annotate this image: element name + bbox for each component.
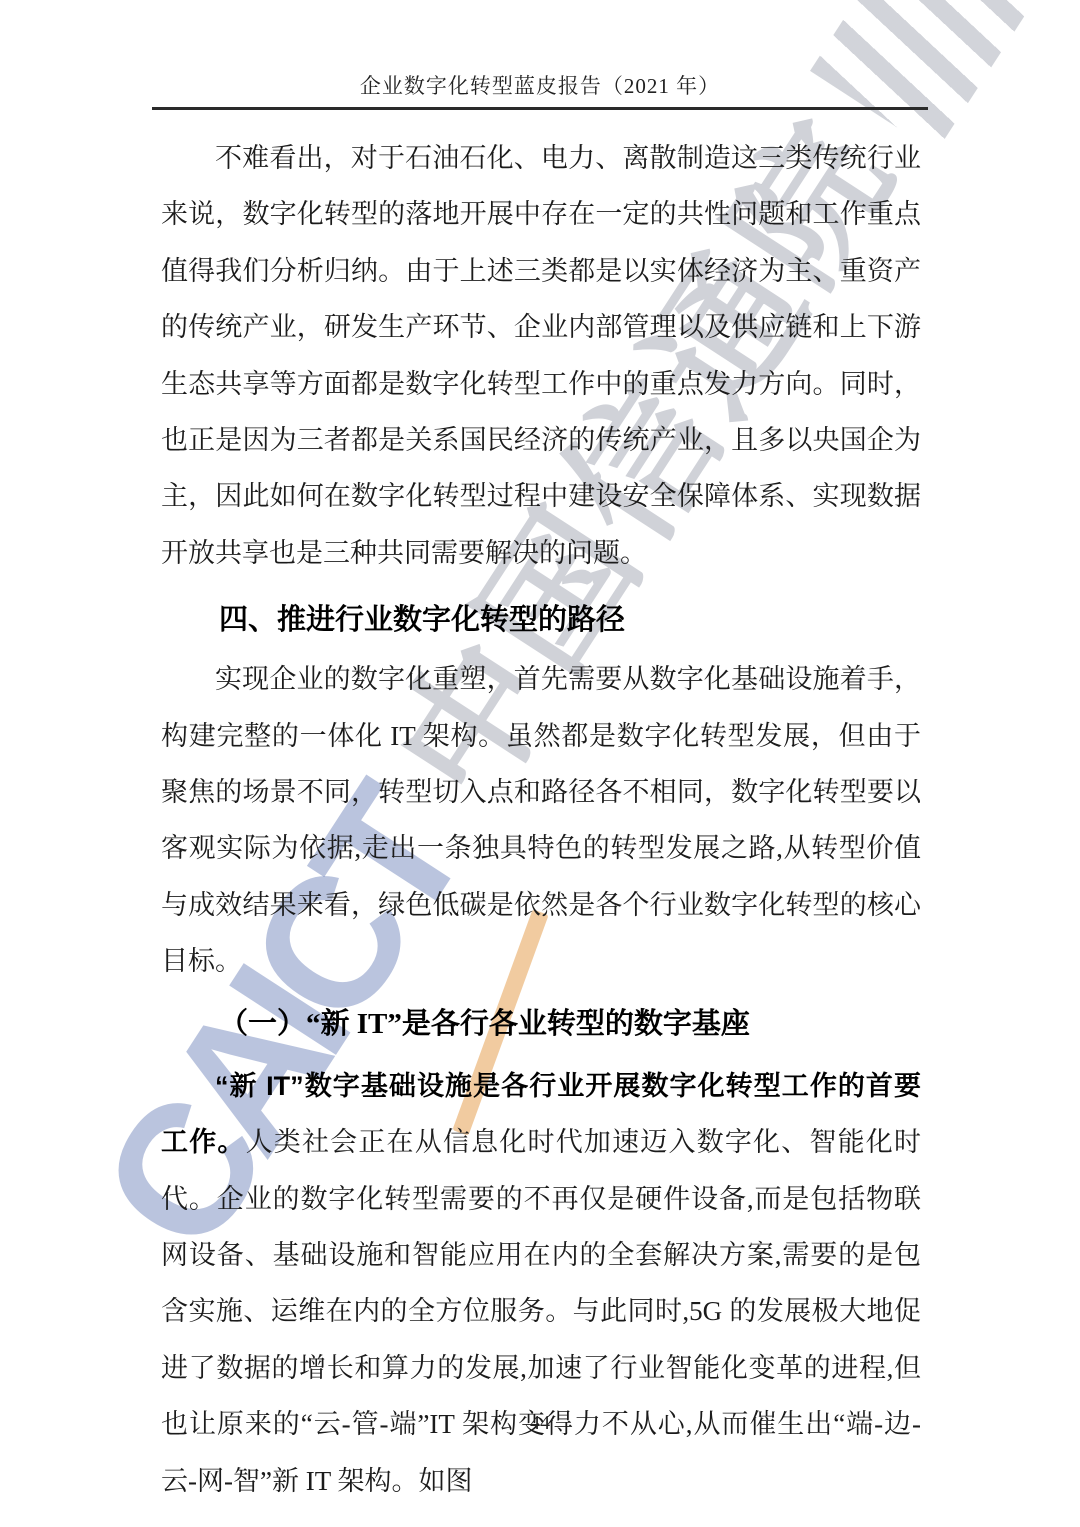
- document-page: CAICT 中国信通院 企业数字化转型蓝皮报告（2021 年） 不难看出，对于石…: [0, 0, 1080, 1527]
- section-heading-promote-transformation-path: 四、推进行业数字化转型的路径: [161, 591, 921, 649]
- subsection-heading-new-it-digital-base: （一）“新 IT”是各行各业转型的数字基座: [161, 996, 921, 1052]
- page-number: 44: [0, 1412, 1080, 1435]
- header-rule: [152, 107, 928, 110]
- paragraph-common-issues: 不难看出，对于石油石化、电力、离散制造这三类传统行业来说，数字化转型的落地开展中…: [161, 130, 921, 581]
- report-title: 企业数字化转型蓝皮报告（2021 年）: [0, 70, 1080, 100]
- paragraph-new-it-infrastructure: “新 IT”数字基础设施是各行业开展数字化转型工作的首要工作。人类社会正在从信息…: [161, 1058, 921, 1509]
- paragraph-transformation-path: 实现企业的数字化重塑，首先需要从数字化基础设施着手，构建完整的一体化 IT 架构…: [161, 651, 921, 989]
- paragraph-new-it-rest: 人类社会正在从信息化时代加速迈入数字化、智能化时代。企业的数字化转型需要的不再仅…: [161, 1127, 921, 1495]
- page-header: 企业数字化转型蓝皮报告（2021 年）: [0, 70, 1080, 110]
- page-body: 不难看出，对于石油石化、电力、离散制造这三类传统行业来说，数字化转型的落地开展中…: [161, 130, 921, 1509]
